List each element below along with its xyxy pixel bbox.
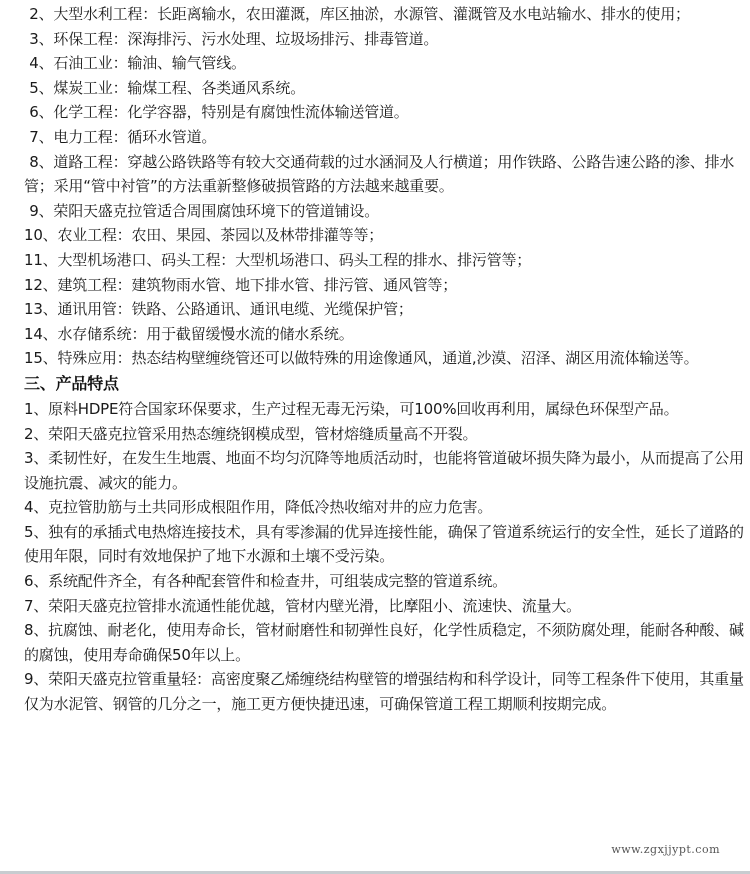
- features-section: 三、产品特点 1、原料HDPE符合国家环保要求，生产过程无毒无污染，可100%回…: [24, 371, 746, 717]
- section-heading: 三、产品特点: [24, 371, 746, 397]
- application-item-4: 4、石油工业：输油、输气管线。: [24, 51, 746, 76]
- application-item-15: 15、特殊应用：热态结构壁缠绕管还可以做特殊的用途像通风，通道,沙漠、沼泽、湖区…: [24, 346, 746, 371]
- feature-item-6: 6、系统配件齐全，有各种配套管件和检查井，可组装成完整的管道系统。: [24, 569, 746, 594]
- feature-item-5: 5、独有的承插式电热熔连接技术，具有零渗漏的优异连接性能，确保了管道系统运行的安…: [24, 520, 746, 569]
- application-item-6: 6、化学工程：化学容器，特别是有腐蚀性流体输送管道。: [24, 100, 746, 125]
- feature-item-1: 1、原料HDPE符合国家环保要求，生产过程无毒无污染，可100%回收再利用，属绿…: [24, 397, 746, 422]
- feature-item-8: 8、抗腐蚀、耐老化，使用寿命长，管材耐磨性和韧弹性良好，化学性质稳定，不须防腐处…: [24, 618, 746, 667]
- application-item-10: 10、农业工程：农田、果园、茶园以及林带排灌等等；: [24, 223, 746, 248]
- feature-item-4: 4、克拉管肋筋与土共同形成根阻作用，降低冷热收缩对井的应力危害。: [24, 495, 746, 520]
- watermark: www.zgxjjypt.com: [611, 843, 720, 856]
- application-item-7: 7、电力工程：循环水管道。: [24, 125, 746, 150]
- applications-section: 2、大型水利工程：长距离输水，农田灌溉，库区抽淤，水源管、灌溉管及水电站输水、排…: [24, 2, 746, 371]
- application-item-5: 5、煤炭工业：输煤工程、各类通风系统。: [24, 76, 746, 101]
- application-item-14: 14、水存储系统：用于截留缓慢水流的储水系统。: [24, 322, 746, 347]
- application-item-11: 11、大型机场港口、码头工程：大型机场港口、码头工程的排水、排污管等；: [24, 248, 746, 273]
- feature-item-7: 7、荣阳天盛克拉管排水流通性能优越，管材内壁光滑，比摩阻小、流速快、流量大。: [24, 594, 746, 619]
- feature-item-9: 9、荣阳天盛克拉管重量轻：高密度聚乙烯缠绕结构壁管的增强结构和科学设计，同等工程…: [24, 667, 746, 716]
- application-item-9: 9、荣阳天盛克拉管适合周围腐蚀环境下的管道铺设。: [24, 199, 746, 224]
- application-item-13: 13、通讯用管：铁路、公路通讯、通讯电缆、光缆保护管；: [24, 297, 746, 322]
- application-item-12: 12、建筑工程：建筑物雨水管、地下排水管、排污管、通风管等；: [24, 273, 746, 298]
- application-item-2: 2、大型水利工程：长距离输水，农田灌溉，库区抽淤，水源管、灌溉管及水电站输水、排…: [24, 2, 746, 27]
- feature-item-2: 2、荣阳天盛克拉管采用热态缠绕钢模成型，管材熔缝质量高不开裂。: [24, 422, 746, 447]
- application-item-8: 8、道路工程：穿越公路铁路等有较大交通荷载的过水涵洞及人行横道；用作铁路、公路告…: [24, 150, 746, 199]
- application-item-3: 3、环保工程：深海排污、污水处理、垃圾场排污、排毒管道。: [24, 27, 746, 52]
- feature-item-3: 3、柔韧性好，在发生生地震、地面不均匀沉降等地质活动时，也能将管道破坏损失降为最…: [24, 446, 746, 495]
- document-body: 2、大型水利工程：长距离输水，农田灌溉，库区抽淤，水源管、灌溉管及水电站输水、排…: [24, 2, 746, 717]
